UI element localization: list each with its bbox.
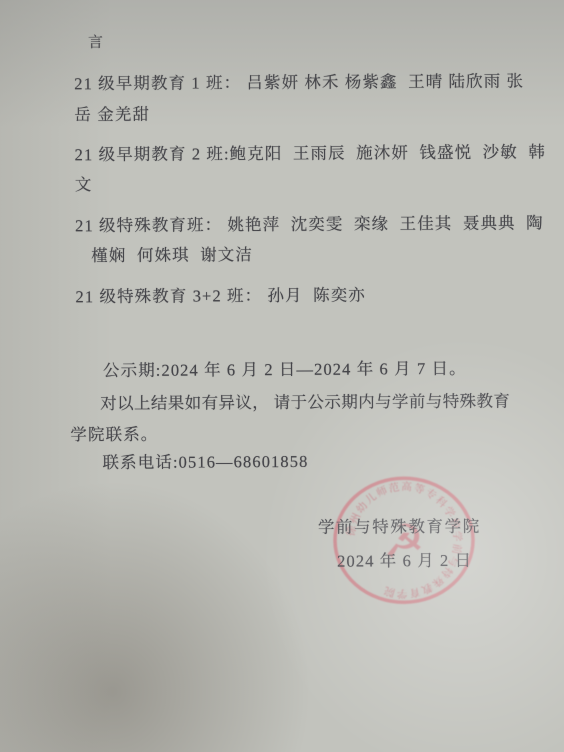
class-list-early-ed-1-line2: 岳 金羌甜: [74, 101, 150, 125]
class-list-special-ed-line2: 槿娴 何姝琪 谢文洁: [91, 241, 253, 266]
class-list-special-ed-line1: 21 级特殊教育班： 姚艳萍 沈奕雯 栾缘 王佳其 聂典典 陶: [75, 209, 544, 236]
class-list-special-ed-3plus2: 21 级特殊教育 3+2 班： 孙月 陈奕亦: [75, 281, 366, 307]
objection-line2: 学院联系。: [70, 421, 158, 446]
signature-unit: 学前与特殊教育学院: [318, 513, 481, 538]
class-list-early-ed-2-line1: 21 级早期教育 2 班:鲍克阳 王雨辰 施沐妍 钱盛悦 沙敏 韩: [75, 138, 546, 165]
publicity-period-line: 公示期:2024 年 6 月 2 日—2024 年 6 月 7 日。: [103, 355, 467, 381]
class-list-early-ed-1-line1: 21 级早期教育 1 班： 吕紫妍 林禾 杨紫鑫 王晴 陆欣雨 张: [74, 68, 524, 95]
class-list-early-ed-2-line2: 文: [75, 171, 93, 195]
contact-phone-line: 联系电话:0516—68601858: [102, 448, 308, 473]
signature-date: 2024 年 6 月 2 日: [337, 547, 472, 572]
objection-line1: 对以上结果如有异议， 请于公示期内与学前与特殊教育: [100, 388, 510, 415]
document-page: 徐州幼儿师范高等专科学校学前与特殊教育学院 ☭ 言 21 级早期教育 1 班： …: [0, 0, 564, 752]
overflow-character: 言: [88, 31, 104, 52]
